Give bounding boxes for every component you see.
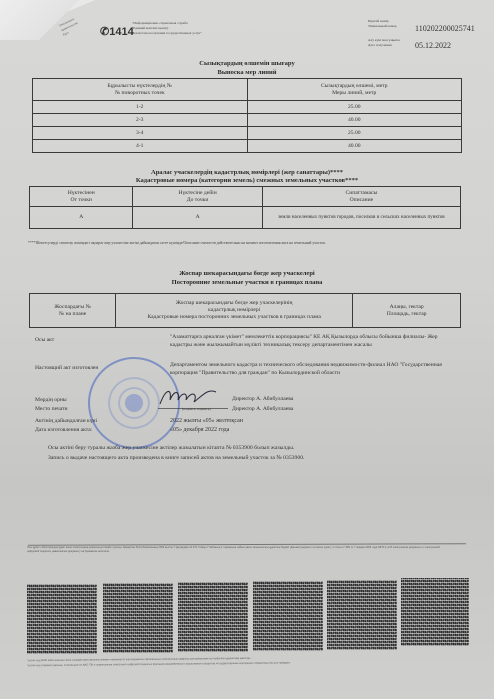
row-length: 40.00 xyxy=(247,114,462,127)
row-length: 25.00 xyxy=(247,127,462,140)
col-points-ru: № поворотных точек xyxy=(33,90,247,97)
act-label-ru: Настоящий акт изготовлен xyxy=(35,365,98,371)
col-length-kz: Сызықтардың өлшемі, метр xyxy=(248,83,462,90)
signature xyxy=(158,386,228,409)
signature-caption: (подпись, подпись) xyxy=(182,407,210,411)
row-points: 3-4 xyxy=(33,127,248,140)
date-label: Алу күні мен уақыты Дата получения xyxy=(368,38,400,47)
col-from-kz: Нүктесінен xyxy=(30,190,132,197)
qr-code-icon xyxy=(178,582,248,652)
adjacent-table-header: Нүктесінен От точки Нүктесіне дейін До т… xyxy=(30,187,461,207)
date-label-ru: Дата получения xyxy=(368,43,400,48)
col-cadastral-ru: Кадастровые номера посторонних земельных… xyxy=(116,314,352,321)
table-row: 2-3 40.00 xyxy=(33,114,462,127)
date-label-ru: Дата изготовления акта: xyxy=(35,427,92,433)
lines-table: Бұрылысты нүктелердің № № поворотных точ… xyxy=(32,78,462,153)
col-description-kz: Сипаттамасы xyxy=(263,190,460,197)
row-from: A xyxy=(30,207,133,229)
row-points: 4-1 xyxy=(33,140,248,153)
col-from: Нүктесінен От точки xyxy=(30,187,133,207)
qr-code-icon xyxy=(27,584,97,654)
col-cadastral: Жоспар шекарасындағы бөгде жер учаскелер… xyxy=(116,294,353,328)
phone-icon: ✆ xyxy=(100,26,109,38)
adjacent-footnote: ****Шектесулерді сипаттау жөніндегі ақпа… xyxy=(28,240,448,246)
phone-number: 1414 xyxy=(109,26,133,38)
service-line-3: Казахстана получения государственных усл… xyxy=(132,31,202,36)
unique-number-label-ru: Уникальный номер xyxy=(368,24,397,29)
unique-number-label: Бірегей нөмір Уникальный номер xyxy=(368,19,397,28)
table-row: 3-4 25.00 xyxy=(33,127,462,140)
document-page: Электронное правительство Egov ✆1414 "Ин… xyxy=(0,0,494,699)
qr-code-icon xyxy=(401,578,469,646)
seal-label-ru: Место печати xyxy=(35,406,68,412)
col-to-kz: Нүктесіне дейін xyxy=(133,190,261,197)
col-area: Алаңы, гектар Площадь, гектар xyxy=(353,294,461,328)
qr-code-icon xyxy=(253,581,323,651)
adjacent-title-kz: Аралас учаскелердің кадастрлық нөмірлері… xyxy=(0,169,494,176)
qr-code-row xyxy=(27,582,467,654)
foreign-table: Жоспардағы № № на плане Жоспар шекарасын… xyxy=(29,293,461,328)
col-area-kz: Алаңы, гектар xyxy=(353,304,460,311)
col-points: Бұрылысты нүктелердің № № поворотных точ… xyxy=(33,79,248,101)
service-lines: "Информационно-справочная служба (Единый… xyxy=(132,21,202,36)
col-to-ru: До точки xyxy=(133,197,261,204)
col-to: Нүктесіне дейін До точки xyxy=(133,187,262,207)
table-row: 1-2 25.00 xyxy=(33,101,462,114)
act-text-kz: "Азаматтарға арналған үкімет" мемлекетті… xyxy=(170,333,445,349)
footer-legal-text: Осы құжат «Электрондық құжат және электр… xyxy=(27,546,447,554)
record-kz: Осы актіні беру туралы жазба жер учаскес… xyxy=(48,444,468,453)
row-description: земли населенных пунктов городов, поселк… xyxy=(262,207,460,229)
row-length: 25.00 xyxy=(247,101,462,114)
lines-title-ru: Выноска мер линий xyxy=(0,69,494,76)
foreign-title-ru: Посторонние земельные участки в границах… xyxy=(0,279,494,286)
director-kz: Директор А. Абибуллаева xyxy=(232,396,293,402)
lines-table-header: Бұрылысты нүктелердің № № поворотных точ… xyxy=(33,79,462,101)
lines-title-kz: Сызықтардың өлшемін шығару xyxy=(0,60,494,67)
foreign-table-header: Жоспардағы № № на плане Жоспар шекарасын… xyxy=(30,294,461,328)
adjacent-table: Нүктесінен От точки Нүктесіне дейін До т… xyxy=(29,186,461,229)
col-plan-number-kz: Жоспардағы № xyxy=(30,304,115,311)
table-row: 4-1 40.00 xyxy=(33,140,462,153)
col-plan-number: Жоспардағы № № на плане xyxy=(30,294,116,328)
col-description-ru: Описание xyxy=(263,197,460,204)
qr-code-icon xyxy=(103,583,173,653)
foreign-title-kz: Жоспар шекарасындағы бөгде жер учаскелер… xyxy=(0,270,494,277)
row-points: 2-3 xyxy=(33,114,248,127)
unique-number: 110202200025741 xyxy=(415,24,475,33)
footer-notes: *штрих-код МЖК ААЖ алынған және «Азаматт… xyxy=(27,654,447,668)
col-length: Сызықтардың өлшемі, метр Меры линий, мет… xyxy=(247,79,462,101)
director-ru: Директор А. Абибуллаева xyxy=(232,406,293,412)
adjacent-title-ru: Кадастровые номера (категории земель) см… xyxy=(0,177,494,184)
table-row: A A земли населенных пунктов городов, по… xyxy=(30,207,461,229)
signature-icon xyxy=(158,386,228,408)
act-label-kz: Осы акт xyxy=(35,337,54,343)
record-ru: Запись о выдаче настоящего акта произвед… xyxy=(48,454,468,463)
row-points: 1-2 xyxy=(33,101,248,114)
col-description: Сипаттамасы Описание xyxy=(262,187,460,207)
row-length: 40.00 xyxy=(247,140,462,153)
date-ru: «05» декабря 2022 года xyxy=(170,427,229,433)
date-label-kz: Алу күні мен уақыты xyxy=(368,38,400,43)
act-text-ru: Департаментом земельного кадастра и техн… xyxy=(170,361,455,377)
date-value: 05.12.2022 xyxy=(415,41,451,50)
col-points-kz: Бұрылысты нүктелердің № xyxy=(33,83,247,90)
seal-label-kz: Мөрдің орны xyxy=(35,397,67,403)
date-label-kz: Актінің дайындалған күні xyxy=(35,418,97,424)
col-cadastral-kz: Жоспар шекарасындағы бөгде жер учаскелер… xyxy=(116,300,352,314)
col-from-ru: От точки xyxy=(30,197,132,204)
col-length-ru: Меры линий, метр xyxy=(248,90,462,97)
col-area-ru: Площадь, гектар xyxy=(353,311,460,318)
row-to: A xyxy=(133,207,262,229)
date-kz: 2022 жылғы «05» желтоқсан xyxy=(170,418,243,424)
qr-code-icon xyxy=(327,580,397,650)
phone-1414: ✆1414 xyxy=(100,25,134,38)
col-plan-number-ru: № на плане xyxy=(30,311,115,318)
